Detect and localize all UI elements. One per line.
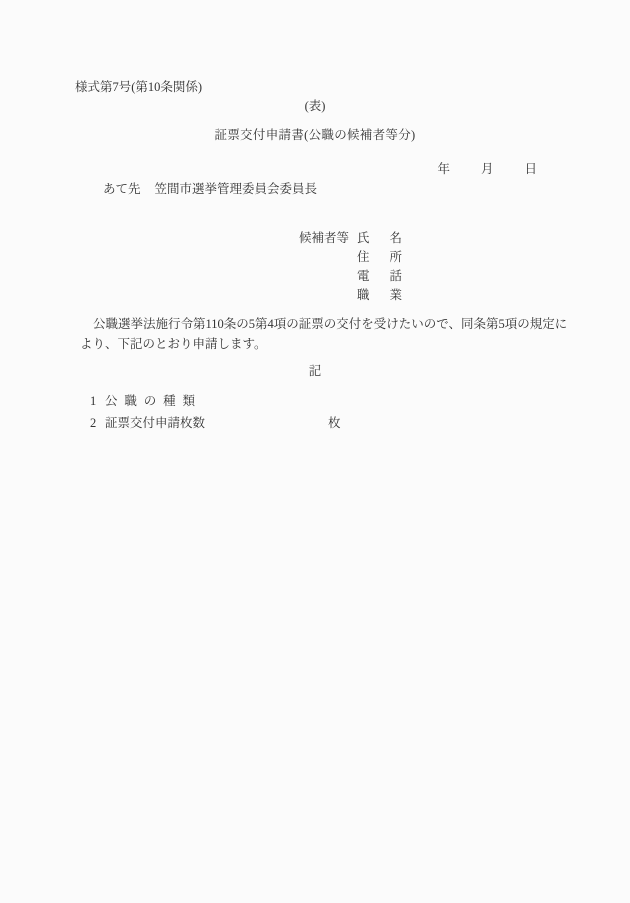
applicant-field-address: 住所 bbox=[357, 250, 402, 264]
applicant-field-name: 氏名 bbox=[357, 231, 402, 245]
addressee-line: あて先 笠間市選挙管理委員会委員長 bbox=[103, 182, 317, 196]
side-label-front: (表) bbox=[0, 99, 630, 113]
applicant-field-phone: 電話 bbox=[357, 269, 402, 283]
date-line: 年 月 日 bbox=[437, 162, 537, 176]
item-1-number: 1 bbox=[90, 394, 96, 408]
applicant-group-label: 候補者等 bbox=[299, 231, 349, 245]
applicant-field-occupation-label: 職業 bbox=[357, 288, 402, 302]
applicant-field-occupation: 職業 bbox=[357, 288, 402, 302]
item-2-number: 2 bbox=[90, 416, 96, 430]
date-month-label: 月 bbox=[481, 162, 494, 176]
body-paragraph-line-1: 公職選挙法施行令第110条の5第4項の証票の交付を受けたいので、同条第5項の規定… bbox=[93, 317, 567, 331]
document-page: 様式第7号(第10条関係) (表) 証票交付申請書(公職の候補者等分) 年 月 … bbox=[0, 0, 630, 903]
item-2-unit-label: 枚 bbox=[328, 416, 341, 430]
form-number: 様式第7号(第10条関係) bbox=[75, 80, 202, 94]
applicant-field-address-label: 住所 bbox=[357, 250, 402, 264]
date-day-label: 日 bbox=[524, 162, 537, 176]
addressee-value: 笠間市選挙管理委員会委員長 bbox=[155, 182, 318, 196]
item-1-label: 公職の種類 bbox=[105, 394, 195, 408]
item-1-row: 公職の種類 bbox=[105, 394, 195, 408]
date-year-label: 年 bbox=[437, 162, 450, 176]
addressee-label: あて先 bbox=[103, 182, 141, 196]
record-heading: 記 bbox=[0, 364, 630, 378]
item-2-label: 証票交付申請枚数 bbox=[105, 416, 205, 430]
document-title: 証票交付申請書(公職の候補者等分) bbox=[0, 128, 630, 142]
body-paragraph-line-2: より、下記のとおり申請します。 bbox=[80, 337, 267, 351]
applicant-field-name-label: 氏名 bbox=[357, 231, 402, 245]
applicant-field-phone-label: 電話 bbox=[357, 269, 402, 283]
